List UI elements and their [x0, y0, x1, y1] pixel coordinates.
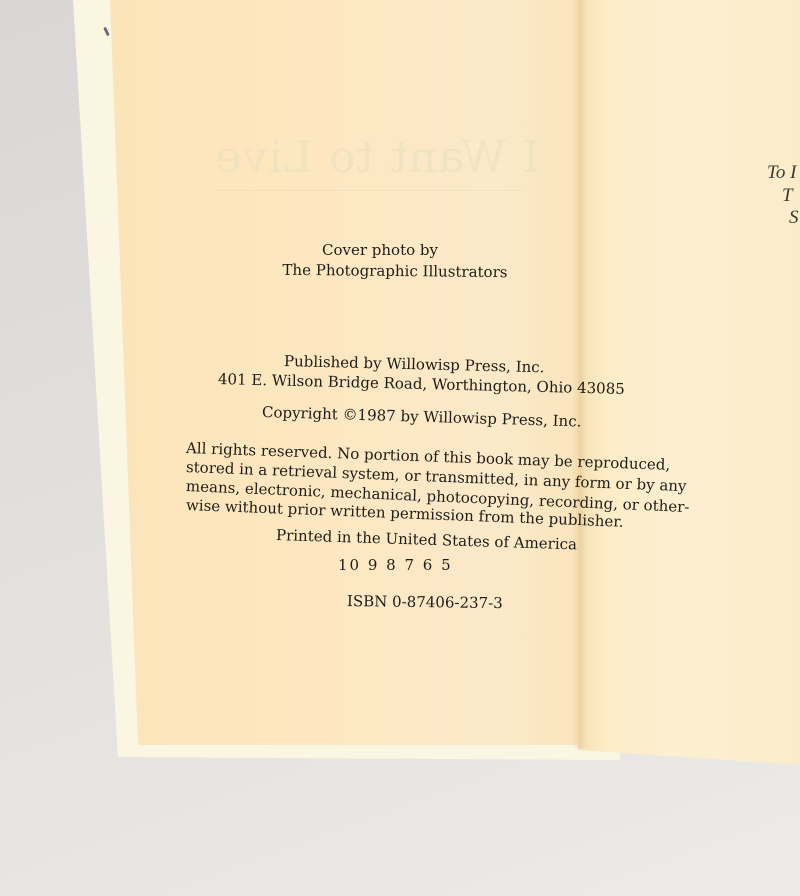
bleed-through-rule [212, 190, 522, 191]
print-number-line: 10 9 8 7 6 5 [338, 556, 453, 575]
dedication-line-3: S [789, 207, 799, 229]
dedication-line-1: To I [767, 162, 796, 184]
book-gutter [572, 0, 586, 748]
cover-credit-line2: The Photographic Illustrators [280, 261, 510, 282]
bleed-through-title: I Want to Live [210, 132, 540, 183]
cover-credit-line1: Cover photo by [262, 241, 498, 260]
isbn: ISBN 0-87406-237-3 [347, 592, 503, 613]
dedication-line-2: T [782, 185, 793, 207]
